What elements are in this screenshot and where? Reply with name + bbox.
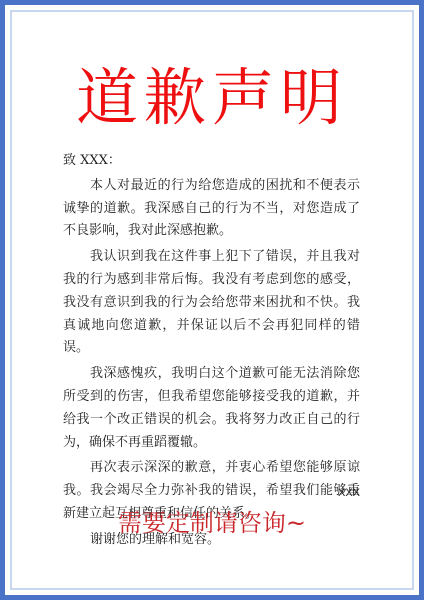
paragraph-1: 本人对最近的行为给您造成的困扰和不便表示诚挚的道歉。我深感自己的行为不当，对您造… (63, 175, 360, 243)
paragraph-2: 我认识到我在这件事上犯下了错误，并且我对我的行为感到非常后悔。我没有考虑到您的感… (63, 246, 360, 360)
letter-body: 致 XXX： 本人对最近的行为给您造成的困扰和不便表示诚挚的道歉。我深感自己的行… (63, 150, 360, 555)
footer-note: 需要定制请咨询~ (0, 505, 424, 541)
signature: XXX (338, 487, 360, 499)
paragraph-3: 我深感愧疚，我明白这个道歉可能无法消除您所受到的伤害，但我希望您能够接受我的道歉… (63, 363, 360, 454)
document-title: 道歉声明 (0, 58, 424, 138)
salutation: 致 XXX： (63, 150, 360, 173)
